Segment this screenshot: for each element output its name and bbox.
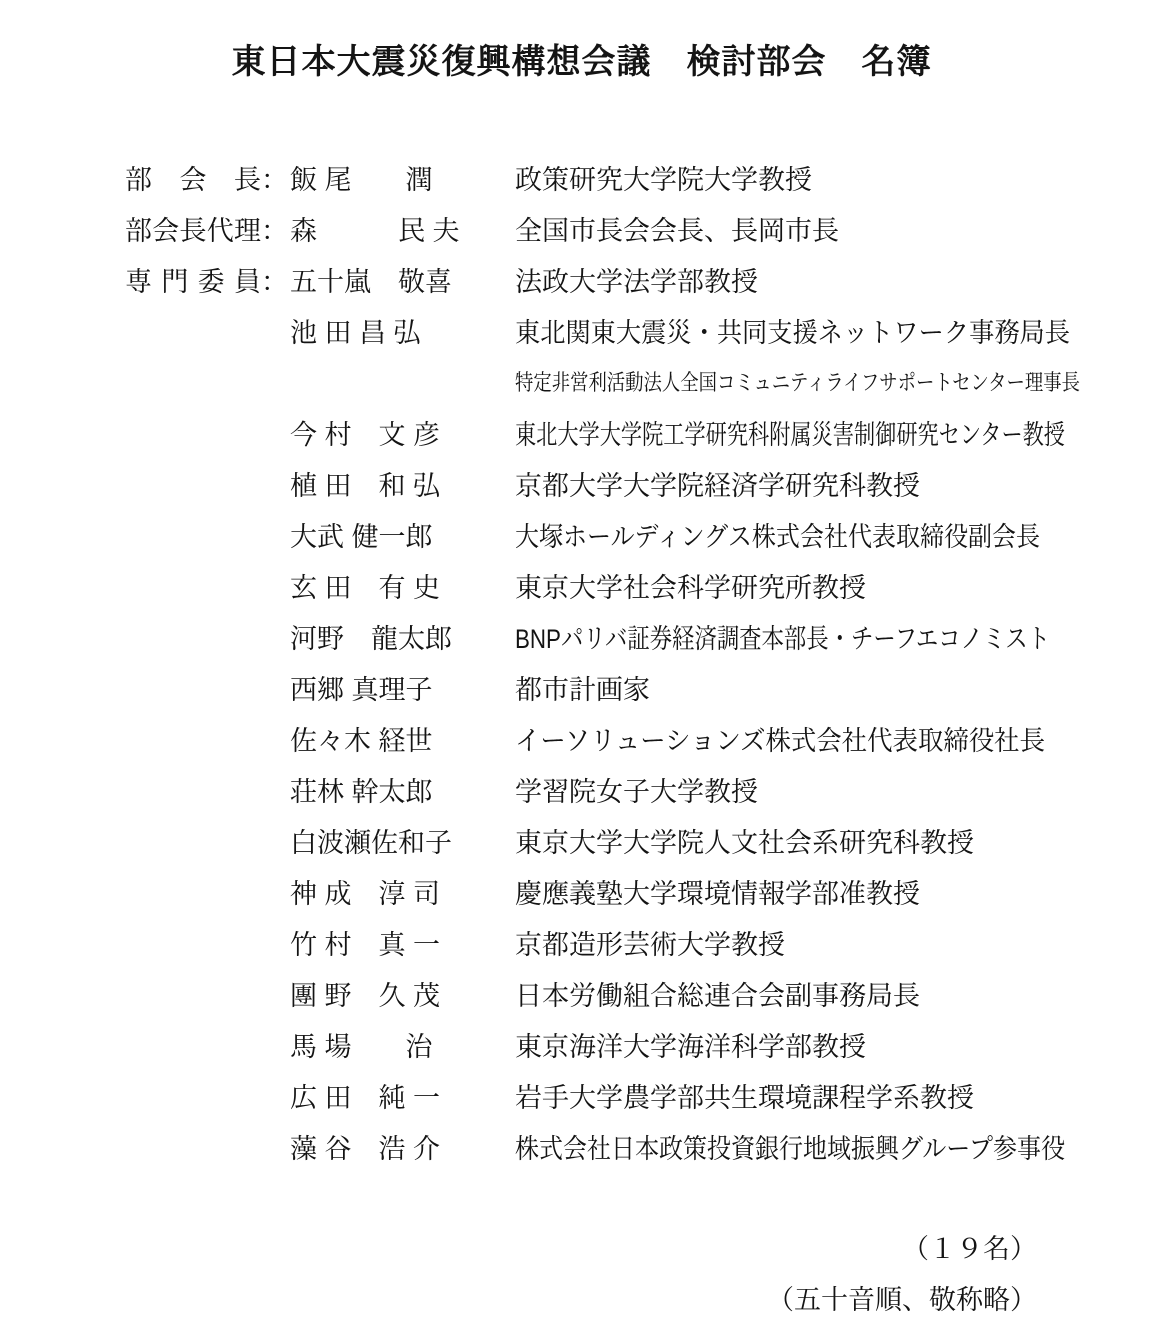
member-name: 広 田 純 一 <box>290 1076 515 1115</box>
role-colon: ： <box>261 158 288 197</box>
member-count: （１９名） <box>0 1224 1037 1275</box>
member-row: 團 野 久 茂 日本労働組合総連合会副事務局長 <box>0 968 1163 1019</box>
role-colon: ： <box>261 260 288 299</box>
member-name: 池 田 昌 弘 <box>290 311 515 350</box>
member-title: 全国市長会会長、長岡市長 <box>515 209 839 248</box>
document-page: 東日本大震災復興構想会議 検討部会 名簿 部会長： 飯 尾 潤 政策研究大学院大… <box>0 0 1163 1336</box>
member-row: 部会長代理： 森 民 夫 全国市長会会長、長岡市長 <box>0 203 1163 254</box>
ordering-note: （五十音順、敬称略） <box>0 1275 1037 1326</box>
member-name: 馬 場 治 <box>290 1025 515 1064</box>
role-label: 専門委員 <box>125 260 261 299</box>
member-title: 都市計画家 <box>515 668 650 707</box>
footer: （１９名） （五十音順、敬称略） <box>0 1224 1163 1326</box>
member-title: 京都大学大学院経済学研究科教授 <box>515 464 920 503</box>
member-row: 部会長： 飯 尾 潤 政策研究大学院大学教授 <box>0 152 1163 203</box>
member-title: 学習院女子大学教授 <box>515 770 758 809</box>
member-title: 東京大学社会科学研究所教授 <box>515 566 866 605</box>
member-row: 馬 場 治 東京海洋大学海洋科学部教授 <box>0 1019 1163 1070</box>
member-row: 広 田 純 一 岩手大学農学部共生環境課程学系教授 <box>0 1070 1163 1121</box>
member-title: 東北大学大学院工学研究科附属災害制御研究センター教授 <box>515 413 1065 452</box>
member-row: 河野 龍太郎 BNPパリバ証券経済調査本部長・チーフエコノミスト <box>0 611 1163 662</box>
member-name: 荘林 幹太郎 <box>290 770 515 809</box>
member-row: 玄 田 有 史 東京大学社会科学研究所教授 <box>0 560 1163 611</box>
member-name: 西郷 真理子 <box>290 668 515 707</box>
member-row: 大武 健一郎 大塚ホールディングス株式会社代表取締役副会長 <box>0 509 1163 560</box>
member-row: 荘林 幹太郎 学習院女子大学教授 <box>0 764 1163 815</box>
member-row: 白波瀬佐和子 東京大学大学院人文社会系研究科教授 <box>0 815 1163 866</box>
page-title: 東日本大震災復興構想会議 検討部会 名簿 <box>0 0 1163 82</box>
member-title: イーソリューションズ株式会社代表取締役社長 <box>515 719 1045 758</box>
member-name: 五十嵐 敬喜 <box>290 260 515 299</box>
member-title: 京都造形芸術大学教授 <box>515 923 785 962</box>
member-name: 植 田 和 弘 <box>290 464 515 503</box>
role-label: 部会長 <box>125 158 261 197</box>
member-name: 河野 龍太郎 <box>290 617 515 656</box>
member-title: 東京海洋大学海洋科学部教授 <box>515 1025 866 1064</box>
member-row: 今 村 文 彦 東北大学大学院工学研究科附属災害制御研究センター教授 <box>0 407 1163 458</box>
member-title: 法政大学法学部教授 <box>515 260 758 299</box>
member-row: 専門委員： 五十嵐 敬喜 法政大学法学部教授 <box>0 254 1163 305</box>
role-label: 部会長代理 <box>125 209 261 248</box>
member-name: 大武 健一郎 <box>290 515 515 554</box>
member-title: 日本労働組合総連合会副事務局長 <box>515 974 920 1013</box>
member-row: 佐々木 経世 イーソリューションズ株式会社代表取締役社長 <box>0 713 1163 764</box>
member-row: 西郷 真理子 都市計画家 <box>0 662 1163 713</box>
member-title: 東京大学大学院人文社会系研究科教授 <box>515 821 974 860</box>
member-title: 大塚ホールディングス株式会社代表取締役副会長 <box>515 515 1040 554</box>
member-subtitle: 特定非営利活動法人全国コミュニティライフサポートセンター理事長 <box>515 366 1080 397</box>
member-row: 神 成 淳 司 慶應義塾大学環境情報学部准教授 <box>0 866 1163 917</box>
member-row: 藻 谷 浩 介 株式会社日本政策投資銀行地域振興グループ参事役 <box>0 1121 1163 1172</box>
member-name: 森 民 夫 <box>290 209 515 248</box>
member-name: 團 野 久 茂 <box>290 974 515 1013</box>
member-name: 竹 村 真 一 <box>290 923 515 962</box>
member-name: 白波瀬佐和子 <box>290 821 515 860</box>
role-colon: ： <box>261 209 288 248</box>
member-name: 玄 田 有 史 <box>290 566 515 605</box>
member-title: 岩手大学農学部共生環境課程学系教授 <box>515 1076 974 1115</box>
member-title: 東北関東大震災・共同支援ネットワーク事務局長 <box>515 311 1070 350</box>
member-title: BNPパリバ証券経済調査本部長・チーフエコノミスト <box>515 617 1050 656</box>
member-list: 部会長： 飯 尾 潤 政策研究大学院大学教授 部会長代理： 森 民 夫 全国市長… <box>0 152 1163 1172</box>
member-row-subtitle: 特定非営利活動法人全国コミュニティライフサポートセンター理事長 <box>0 356 1163 407</box>
member-name: 藻 谷 浩 介 <box>290 1127 515 1166</box>
member-row: 竹 村 真 一 京都造形芸術大学教授 <box>0 917 1163 968</box>
member-title: 慶應義塾大学環境情報学部准教授 <box>515 872 920 911</box>
member-row: 植 田 和 弘 京都大学大学院経済学研究科教授 <box>0 458 1163 509</box>
member-row: 池 田 昌 弘 東北関東大震災・共同支援ネットワーク事務局長 <box>0 305 1163 356</box>
member-name: 神 成 淳 司 <box>290 872 515 911</box>
member-title: 株式会社日本政策投資銀行地域振興グループ参事役 <box>515 1127 1065 1166</box>
member-name: 飯 尾 潤 <box>290 158 515 197</box>
member-name: 佐々木 経世 <box>290 719 515 758</box>
member-title: 政策研究大学院大学教授 <box>515 158 812 197</box>
member-name: 今 村 文 彦 <box>290 413 515 452</box>
